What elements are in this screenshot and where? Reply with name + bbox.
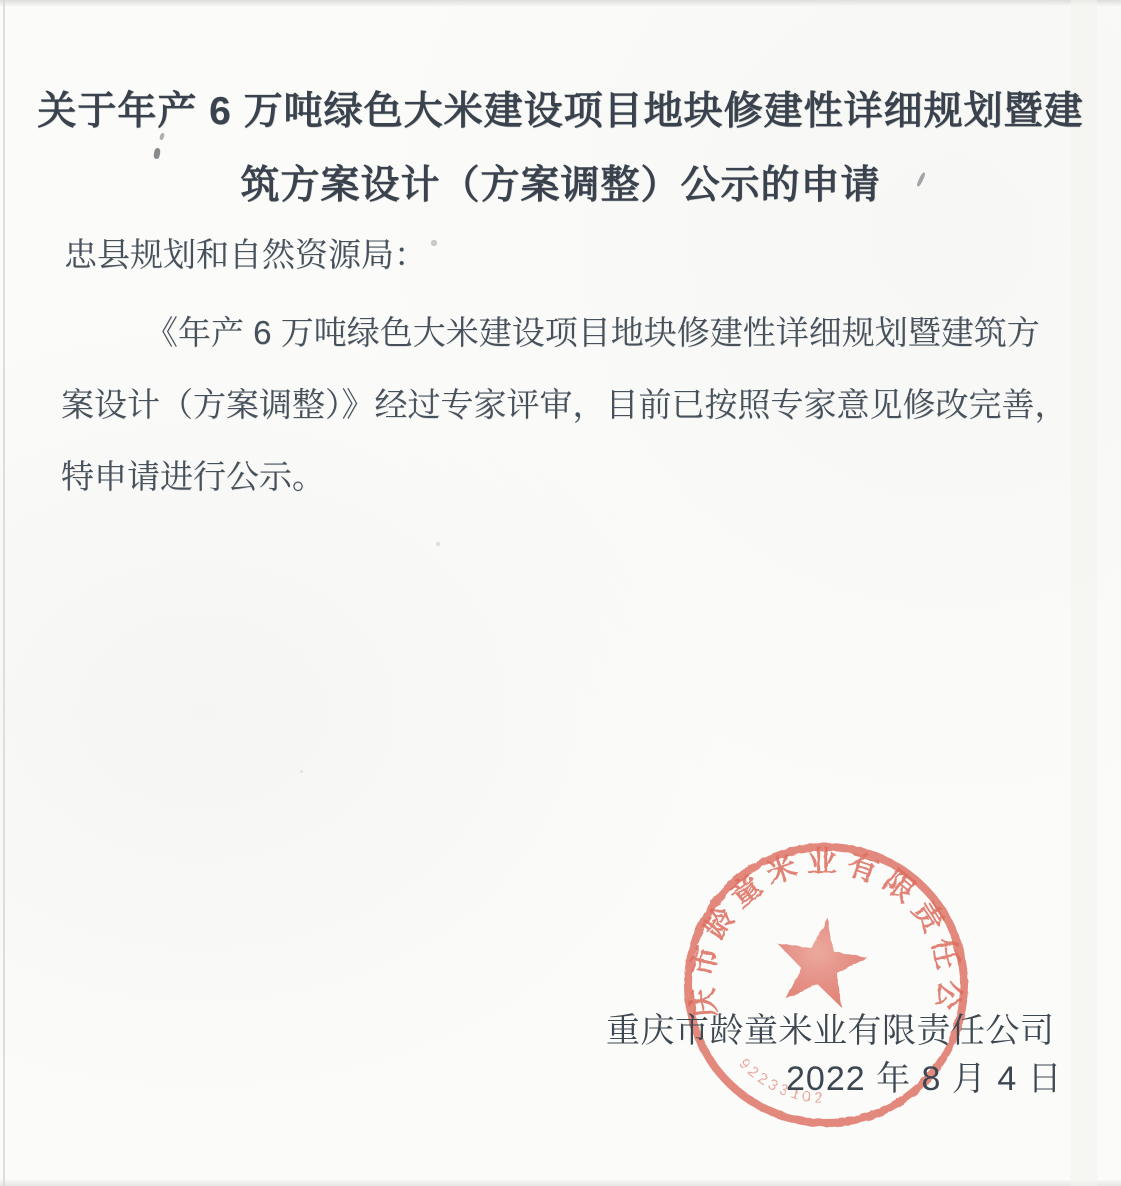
scanned-application-letter: 关于年产 6 万吨绿色大米建设项目地块修建性详细规划暨建 筑方案设计（方案调整）… (0, 0, 1121, 1186)
seal-star-icon (769, 910, 873, 1010)
scan-edge-bottom (0, 1180, 1121, 1186)
scan-speck (300, 770, 303, 773)
body-paragraph-line-2: 案设计（方案调整）》经过专家评审，目前已按照专家意见修改完善， (61, 388, 1068, 421)
scan-speck (153, 148, 161, 160)
signature-company-name: 重庆市龄童米业有限责任公司 (606, 1014, 1055, 1048)
signature-date: 2022 年 8 月 4 日 (786, 1062, 1063, 1096)
scan-speck (431, 240, 437, 246)
body-paragraph-line-3: 特申请进行公示。 (61, 460, 325, 493)
document-title-line-1: 关于年产 6 万吨绿色大米建设项目地块修建性详细规划暨建 (0, 92, 1121, 131)
scan-speck (436, 542, 440, 546)
document-title-line-2: 筑方案设计（方案调整）公示的申请 (0, 166, 1121, 205)
scan-edge-top (0, 0, 1121, 6)
scan-speck (159, 133, 165, 141)
seal-arc-company-name: 重庆市龄童米业有限责任公司 (676, 838, 966, 1020)
body-paragraph-line-1: 《年产 6 万吨绿色大米建设项目地块修建性详细规划暨建筑方 (145, 316, 1040, 349)
addressee-line: 忠县规划和自然资源局： (64, 238, 427, 271)
